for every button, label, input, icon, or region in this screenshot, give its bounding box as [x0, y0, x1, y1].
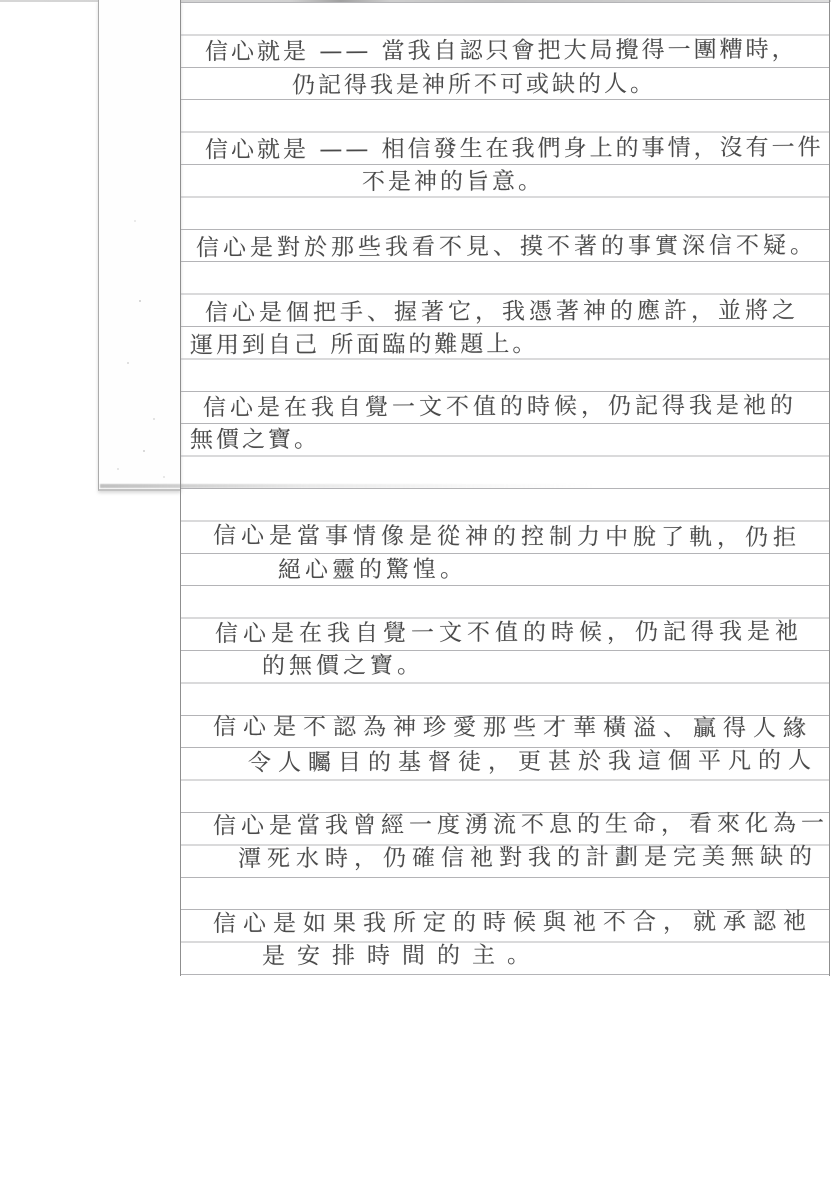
handwritten-line: 信心就是 —— 當我自認只會把大局攪得一團糟時， [205, 35, 798, 68]
handwritten-line: 無價之寶。 [190, 425, 320, 456]
handwritten-line: 潭死水時，仍確信祂對我的計劃是完美無缺的 [238, 842, 818, 875]
page-seam-shadow [100, 484, 620, 488]
handwritten-line: 信心是不認為神珍愛那些才華橫溢、贏得人緣 [213, 712, 813, 744]
handwritten-line: 信心是在我自覺一文不值的時候，仍記得我是祂 [215, 617, 803, 650]
handwritten-line: 運用到自己 所面臨的難題上。 [190, 329, 538, 361]
paper-speckles [139, 300, 141, 302]
scanned-page: 信心就是 —— 當我自認只會把大局攪得一團糟時， 仍記得我是神所不可或缺的人。 … [0, 0, 831, 1200]
scrap-paper [98, 0, 181, 491]
handwritten-line: 信心就是 —— 相信發生在我們身上的事情，沒有一件 [205, 133, 824, 166]
handwritten-line: 絕心靈的驚惶。 [278, 555, 467, 586]
handwritten-line: 仍記得我是神所不可或缺的人。 [292, 69, 656, 101]
handwritten-line: 信心是當事情像是從神的控制力中脫了軌，仍拒 [213, 521, 801, 553]
handwritten-line: 是安排時間的主。 [262, 940, 542, 971]
handwritten-line: 信心是如果我所定的時候與祂不合，就承認祂 [213, 907, 813, 940]
handwritten-line: 不是神的旨意。 [362, 167, 544, 198]
handwritten-line: 信心是個把手、握著它，我憑著神的應許，並將之 [205, 296, 799, 329]
handwritten-line: 信心是在我自覺一文不值的時候，仍記得我是祂的 [203, 391, 797, 424]
handwritten-line: 的無價之寶。 [262, 651, 424, 682]
handwritten-line: 信心是對於那些我看不見、摸不著的事實深信不疑。 [196, 231, 817, 264]
handwritten-line: 令人矚目的基督徒，更甚於我這個平凡的人 [248, 746, 818, 778]
handwritten-line: 信心是當我曾經一度湧流不息的生命，看來化為一 [213, 809, 829, 842]
